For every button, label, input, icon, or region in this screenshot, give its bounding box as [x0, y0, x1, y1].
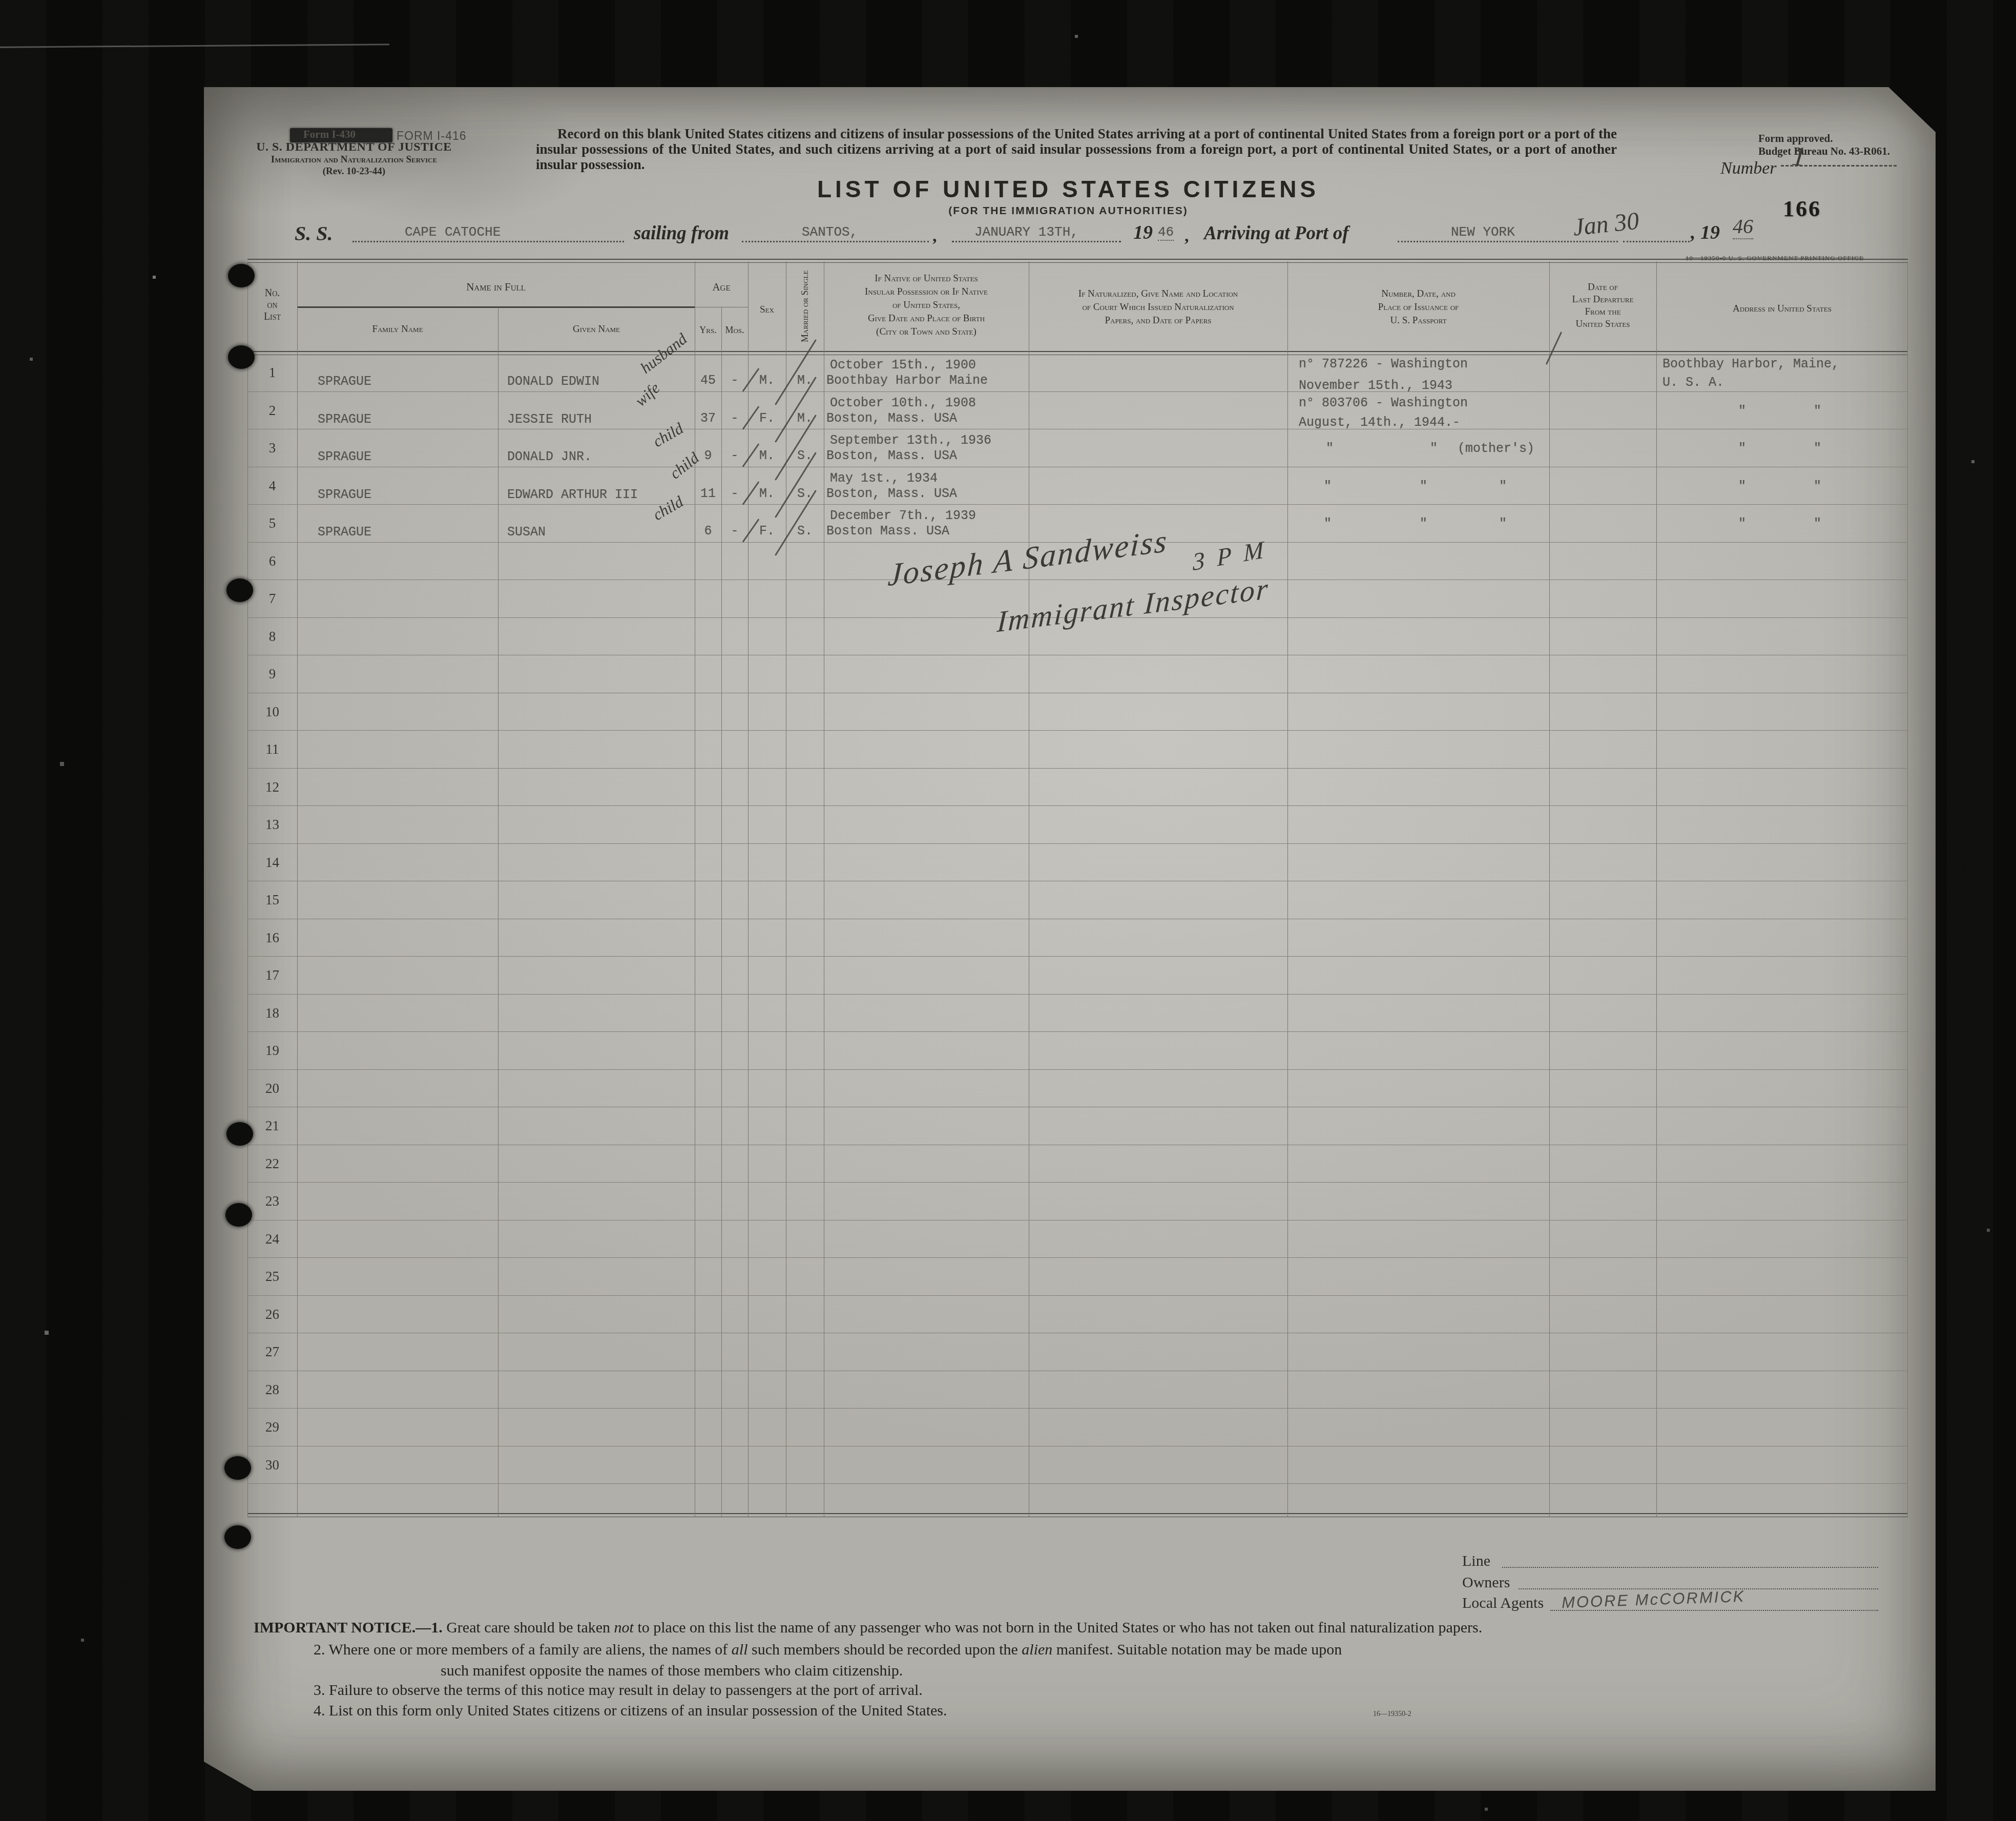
cell-passport: " [1499, 479, 1507, 494]
page-subtitle: (FOR THE IMMIGRATION AUTHORITIES) [658, 205, 1478, 217]
notice-line3: 3. Failure to observe the terms of this … [314, 1682, 923, 1699]
notice1-pre: Great care should be taken [443, 1619, 614, 1636]
row-number: 30 [247, 1457, 297, 1473]
row-number: 3 [247, 440, 297, 456]
cell-passport: (mother's) [1458, 441, 1534, 456]
cell-age-yrs: 6 [695, 524, 721, 539]
cell-given-name: EDWARD ARTHUR III [507, 487, 638, 502]
row-rule [247, 1182, 1908, 1183]
arrival-port-line [1398, 241, 1618, 242]
budget-approval-line1: Form approved. [1758, 132, 1890, 145]
cell-birth-date: December 7th., 1939 [830, 508, 976, 523]
cell-address: " [1814, 441, 1821, 456]
row-rule [247, 994, 1908, 995]
number-label: Number [1720, 159, 1777, 178]
line-value-rule [1502, 1567, 1878, 1568]
cell-birth-place: Boston, Mass. USA [826, 486, 957, 501]
cell-passport: n° 787226 - Washington [1299, 357, 1468, 371]
cell-address: " [1814, 404, 1821, 419]
punch-hole [225, 1203, 252, 1227]
cell-birth-date: September 13th., 1936 [830, 433, 991, 448]
row-rule [247, 956, 1908, 957]
arrival-port: NEW YORK [1451, 224, 1515, 240]
cell-family-name: SPRAGUE [318, 412, 371, 427]
film-scratch [0, 44, 389, 48]
local-agents-value: MOORE McCORMICK [1561, 1587, 1745, 1612]
scanned-document-background: Form I-430 FORM I-416 U. S. DEPARTMENT O… [0, 0, 2016, 1821]
comma-year: , 19 [1691, 221, 1720, 244]
notice2-mid: such members should be recorded upon the [747, 1641, 1022, 1658]
row-number: 25 [247, 1269, 297, 1285]
cell-passport: November 15th., 1943 [1299, 378, 1452, 393]
passenger-table: No. on List Name in Full Family Name Giv… [247, 259, 1908, 1517]
row-rule [247, 391, 1908, 392]
row-rule [247, 1446, 1908, 1446]
cell-passport: " [1420, 479, 1427, 494]
row-number: 20 [247, 1081, 297, 1096]
sail-date: JANUARY 13TH, [974, 224, 1078, 240]
row-number: 7 [247, 591, 297, 607]
cell-passport: August, 14th., 1944.- [1299, 415, 1460, 430]
dust-specks [0, 0, 1, 1]
origin-port-line [742, 241, 929, 242]
punch-hole [228, 345, 255, 369]
row-number: 12 [247, 779, 297, 795]
col-header-age: Age [695, 281, 748, 293]
row-rule [247, 881, 1908, 881]
cell-address: " [1738, 479, 1746, 494]
col-header-birth: If Native of United States Insular Posse… [824, 272, 1029, 339]
row-number: 22 [247, 1156, 297, 1172]
notice-line4: 4. List on this form only United States … [314, 1702, 947, 1720]
cell-given-name: DONALD EDWIN [507, 374, 599, 389]
local-agents-label: Local Agents [1462, 1595, 1544, 1612]
arrival-date-line [1623, 241, 1690, 242]
row-number: 5 [247, 515, 297, 531]
cell-address: " [1738, 404, 1746, 419]
row-rule [247, 1107, 1908, 1107]
notice2-italic2: alien [1022, 1641, 1052, 1658]
page-title: LIST OF UNITED STATES CITIZENS [658, 175, 1478, 203]
notice-line2: 2. Where one or more members of a family… [314, 1641, 1342, 1659]
name-age-split-rule [297, 306, 695, 308]
col-header-no: No. on List [247, 287, 297, 323]
cell-age-yrs: 37 [695, 411, 721, 426]
column-rule [1029, 261, 1029, 1517]
punch-hole [226, 1122, 253, 1146]
cell-family-name: SPRAGUE [318, 487, 371, 502]
form-instructions: Record on this blank United States citiz… [536, 126, 1617, 172]
cell-birth-date: May 1st., 1934 [830, 471, 938, 486]
notice1-italic: not [614, 1619, 634, 1636]
cell-address: " [1738, 441, 1746, 456]
row-rule [247, 1257, 1908, 1258]
cell-married-single: M. [786, 411, 824, 426]
row-rule [247, 1483, 1908, 1484]
col-header-family: Family Name [297, 323, 498, 335]
notice-line2b: such manifest opposite the names of thos… [441, 1662, 903, 1680]
cell-given-name: DONALD JNR. [507, 449, 592, 464]
notice1-post: to place on this list the name of any pa… [634, 1619, 1482, 1636]
row-number: 27 [247, 1344, 297, 1360]
arrival-date-handwritten: Jan 30 [1571, 206, 1640, 241]
arrival-year-handwritten: 46 [1733, 214, 1753, 239]
table-bottom-rule [247, 1513, 1908, 1517]
arriving-label: Arriving at Port of [1204, 222, 1349, 244]
row-rule [247, 429, 1908, 429]
col-header-name: Name in Full [297, 281, 695, 293]
form-revision: (Rev. 10-23-44) [249, 166, 459, 177]
cell-birth-place: Boston Mass. USA [826, 524, 949, 539]
row-rule [247, 805, 1908, 806]
comma1: , [932, 226, 937, 246]
punch-hole [226, 578, 253, 602]
header-bottom-rule [247, 351, 1908, 355]
punch-hole [224, 1525, 251, 1549]
sailing-from-label: sailing from [634, 222, 729, 244]
row-rule [247, 1333, 1908, 1333]
notice-heading: IMPORTANT NOTICE.—1. [254, 1619, 443, 1636]
row-rule [247, 730, 1908, 731]
notice2-pre: 2. Where one or more members of a family… [314, 1641, 732, 1658]
col-header-address: Address in United States [1656, 303, 1908, 315]
cell-address: " [1738, 516, 1746, 531]
row-number: 14 [247, 855, 297, 871]
cell-age-mos: - [721, 486, 748, 501]
row-rule [247, 919, 1908, 919]
row-number: 11 [247, 741, 297, 757]
row-number: 19 [247, 1043, 297, 1059]
row-number: 13 [247, 817, 297, 833]
row-number: 28 [247, 1382, 297, 1398]
row-rule [247, 655, 1908, 655]
cell-age-mos: - [721, 373, 748, 388]
budget-approval: Form approved. Budget Bureau No. 43-R061… [1758, 132, 1890, 158]
cell-married-single: S. [786, 486, 824, 501]
row-rule [247, 504, 1908, 505]
row-number: 29 [247, 1419, 297, 1435]
page-stamp: 166 [1783, 196, 1821, 222]
row-number: 21 [247, 1118, 297, 1134]
row-rule [247, 1220, 1908, 1220]
row-number: 24 [247, 1231, 297, 1247]
owners-label: Owners [1462, 1574, 1510, 1591]
notice2-italic1: all [732, 1641, 748, 1658]
cell-birth-place: Boston, Mass. USA [826, 411, 957, 426]
col-header-mos: Mos. [721, 324, 748, 336]
table-top-rule [247, 259, 1908, 263]
column-rule [1656, 261, 1657, 1517]
cell-married-single: S. [786, 524, 824, 539]
row-number: 18 [247, 1005, 297, 1021]
row-number: 1 [247, 365, 297, 381]
cell-passport: n° 803706 - Washington [1299, 396, 1468, 410]
row-number: 23 [247, 1193, 297, 1209]
row-rule [247, 1145, 1908, 1145]
cell-married-single: S. [786, 448, 824, 463]
row-number: 8 [247, 629, 297, 645]
cell-address: " [1814, 479, 1821, 494]
row-rule [247, 467, 1908, 467]
cell-birth-place: Boothbay Harbor Maine [826, 373, 988, 388]
column-rule [1287, 261, 1288, 1517]
row-rule [247, 1371, 1908, 1371]
cell-birth-date: October 10th., 1908 [830, 396, 976, 410]
column-rule [498, 307, 498, 1517]
row-rule [247, 580, 1908, 580]
cell-family-name: SPRAGUE [318, 525, 371, 540]
cell-passport: " [1324, 516, 1332, 531]
row-number: 2 [247, 403, 297, 419]
cell-age-mos: - [721, 448, 748, 463]
manifest-page: Form I-430 FORM I-416 U. S. DEPARTMENT O… [204, 87, 1936, 1791]
row-number: 6 [247, 553, 297, 569]
cell-birth-place: Boston, Mass. USA [826, 448, 957, 463]
print-code: 16—19350-2 [1373, 1710, 1411, 1719]
row-number: 9 [247, 666, 297, 682]
column-rule [1907, 261, 1908, 1517]
cell-passport: " [1430, 441, 1438, 456]
cell-age-mos: - [721, 411, 748, 426]
cell-address: Boothbay Harbor, Maine, [1662, 357, 1839, 371]
col-header-passport: Number, Date, and Place of Issuance of U… [1287, 287, 1549, 327]
col-header-yrs: Yrs. [695, 324, 721, 336]
sail-year: 46 [1158, 224, 1174, 241]
line-label: Line [1462, 1553, 1490, 1570]
cell-age-mos: - [721, 524, 748, 539]
row-rule [247, 1408, 1908, 1409]
notice2-post: manifest. Suitable notation may be made … [1052, 1641, 1342, 1658]
service-name: Immigration and Naturalization Service [249, 154, 459, 165]
cell-address: " [1814, 516, 1821, 531]
ship-name-line [352, 241, 624, 242]
row-rule [247, 768, 1908, 769]
budget-approval-line2: Budget Bureau No. 43-R061. [1758, 145, 1890, 158]
cell-family-name: SPRAGUE [318, 374, 371, 389]
sail-date-line [952, 241, 1121, 242]
column-rule [297, 261, 298, 1517]
notice-line1: IMPORTANT NOTICE.—1. Great care should b… [254, 1619, 1482, 1637]
cell-married-single: M. [786, 373, 824, 388]
row-number: 4 [247, 478, 297, 494]
punch-hole [228, 264, 255, 287]
cell-given-name: JESSIE RUTH [507, 412, 592, 427]
cell-birth-date: October 15th., 1900 [830, 358, 976, 373]
row-rule [247, 843, 1908, 844]
cell-passport: " [1324, 479, 1332, 494]
col-header-given: Given Name [498, 323, 695, 335]
row-number: 15 [247, 892, 297, 908]
row-number: 10 [247, 704, 297, 720]
col-header-married: Married or Single [786, 264, 824, 348]
punch-hole [224, 1456, 251, 1480]
cell-passport: " [1420, 516, 1427, 531]
column-rule [1549, 261, 1550, 1517]
row-number: 16 [247, 930, 297, 946]
cell-passport: " [1499, 516, 1507, 531]
col-header-sex: Sex [748, 304, 786, 316]
comma2: , [1184, 226, 1189, 246]
cell-age-yrs: 11 [695, 486, 721, 501]
number-value: 1 [1791, 140, 1807, 173]
column-rule [824, 261, 824, 1517]
cell-passport: " [1326, 441, 1334, 456]
year-prefix-sail: 19 [1133, 221, 1153, 244]
cell-given-name: SUSAN [507, 525, 546, 540]
row-number: 26 [247, 1307, 297, 1322]
row-rule [247, 1031, 1908, 1032]
cell-address: U. S. A. [1662, 375, 1724, 390]
col-header-naturalized: If Naturalized, Give Name and Location o… [1029, 287, 1287, 327]
cell-family-name: SPRAGUE [318, 449, 371, 464]
row-rule [247, 693, 1908, 693]
ss-label: S. S. [295, 221, 333, 245]
ship-name: CAPE CATOCHE [405, 224, 501, 240]
col-header-departure: Date of Last Departure From the United S… [1549, 281, 1656, 330]
row-rule [247, 1069, 1908, 1070]
origin-port: SANTOS, [802, 224, 858, 240]
row-number: 17 [247, 967, 297, 983]
cell-age-yrs: 45 [695, 373, 721, 388]
row-rule [247, 1295, 1908, 1296]
struck-form-number-label: Form I-430 [303, 128, 356, 140]
department-name: U. S. DEPARTMENT OF JUSTICE [249, 140, 459, 154]
